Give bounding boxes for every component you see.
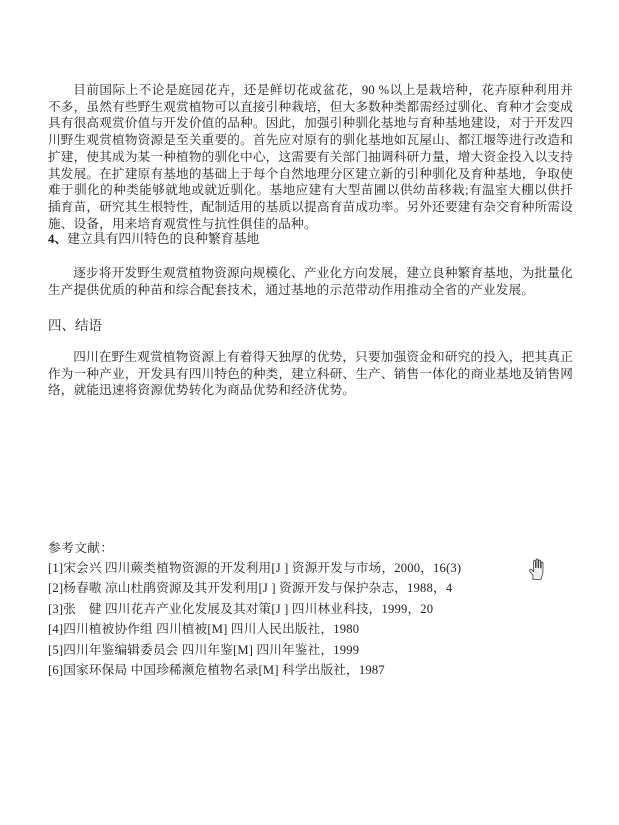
references-title: 参考文献： <box>48 538 573 558</box>
reference-item: [2]杨春嗷 凉山杜鹃资源及其开发利用[J ] 资源开发与保护杂志，1988，4 <box>48 578 573 598</box>
hand-grab-cursor-icon <box>525 555 548 581</box>
reference-item: [3]张 健 四川花卉产业化发展及其对策[J ] 四川林业科技，1999，20 <box>48 599 573 619</box>
conclusion-heading: 四、结语 <box>48 318 573 333</box>
body-paragraph-2: 逐步将开发野生观赏植物资源向规模化、产业化方向发展，建立良种繁育基地，为批量化生… <box>48 265 573 298</box>
section-heading-number: 4、 <box>48 232 67 246</box>
reference-item: [6]国家环保局 中国珍稀濒危植物名录[M] 科学出版社，1987 <box>48 660 573 680</box>
reference-item: [5]四川年鉴编辑委员会 四川年鉴[M] 四川年鉴社，1999 <box>48 640 573 660</box>
reference-item: [1]宋会兴 四川蕨类植物资源的开发利用[J ] 资源开发与市场，2000，16… <box>48 558 573 578</box>
section-heading-4: 4、建立具有四川特色的良种繁育基地 <box>48 232 573 247</box>
body-paragraph-1: 目前国际上不论是庭园花卉，还是鲜切花或盆花，90 %以上是栽培种，花卉原种利用并… <box>48 82 573 232</box>
section-heading-title: 建立具有四川特色的良种繁育基地 <box>67 232 259 246</box>
reference-item: [4]四川植被协作组 四川植被[M] 四川人民出版社，1980 <box>48 619 573 639</box>
document-page: 目前国际上不论是庭园花卉，还是鲜切花或盆花，90 %以上是栽培种，花卉原种利用并… <box>0 0 619 825</box>
conclusion-paragraph: 四川在野生观赏植物资源上有着得天独厚的优势，只要加强资金和研究的投入，把其真正作… <box>48 349 573 399</box>
references-section: 参考文献： [1]宋会兴 四川蕨类植物资源的开发利用[J ] 资源开发与市场，2… <box>48 538 573 680</box>
